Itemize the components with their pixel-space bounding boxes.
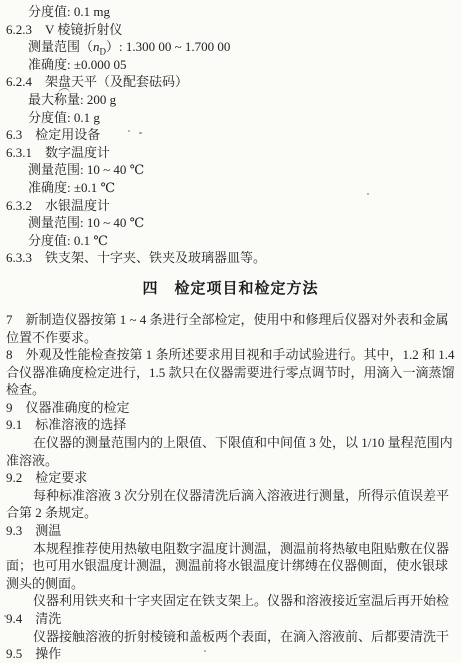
doc-clause-9-2: 9.2 检定要求 [6, 469, 455, 487]
doc-clause-6-3-3: 6.3.3 铁支架、十字夹、铁夹及玻璃器皿等。 [6, 249, 455, 267]
doc-clause-6-2-4: 6.2.4 架盘天平（及配套砝码） [6, 73, 455, 91]
doc-clause-9-1: 9.1 标准溶液的选择 [6, 416, 455, 434]
doc-para-9-3-line2: 面；也可用水银温度计测温，测温前将水银温度计绑缚在仪器侧面，使水银球触及仪器 [6, 557, 455, 575]
doc-para-9-3-line1: 本规程推荐使用热敏电阻数字温度计测温，测温前将热敏电阻贴敷在仪器测头的侧 [6, 540, 455, 558]
doc-clause-9-5: 9.5 操作 [6, 645, 455, 663]
doc-para-9-1-line1: 在仪器的测量范围内的上限值、下限值和中间值 3 处，以 1/10 量程范围内选择… [6, 434, 455, 452]
doc-line-range-digital-thermometer: 测量范围: 10 ~ 40 ℃ [6, 161, 455, 179]
doc-line-accuracy-digital-thermometer: 准确度: ±0.1 ℃ [6, 179, 455, 197]
doc-para-7-line2: 位置不作要求。 [6, 329, 455, 347]
scanned-document-page: 分度值: 0.1 mg 6.2.3 V 棱镜折射仪 测量范围（nD）: 1.30… [0, 0, 462, 663]
doc-line-accuracy: 准确度: ±0.000 05 [6, 56, 455, 74]
doc-para-9-4-line1: 仪器接触溶液的折射棱镜和盖板两个表面，在滴入溶液前、后都要清洗干净。 [6, 628, 455, 646]
doc-para-9-2-line2: 合第 2 条规定。 [6, 504, 455, 522]
doc-clause-6-3: 6.3 检定用设备 [6, 126, 455, 144]
doc-line-measuring-range-nd: 测量范围（nD）: 1.300 00 ~ 1.700 00 [6, 38, 455, 56]
section-heading: 四 检定项目和检定方法 [6, 280, 455, 298]
doc-line-division-value-g: 分度值: 0.1 g [6, 109, 455, 127]
doc-clause-9-3: 9.3 测温 [6, 522, 455, 540]
doc-line-division-mercury-thermometer: 分度值: 0.1 ℃ [6, 232, 455, 250]
doc-para-8-line3: 检查。 [6, 381, 455, 399]
doc-clause-6-2-3: 6.2.3 V 棱镜折射仪 [6, 21, 455, 39]
measuring-range-prefix: 测量范围（ [28, 39, 93, 54]
measuring-range-value: ）: 1.300 00 ~ 1.700 00 [106, 39, 230, 54]
doc-para-9-3-line3: 测头的侧面。 [6, 575, 455, 593]
doc-clause-6-3-2: 6.3.2 水银温度计 [6, 197, 455, 215]
doc-line-range-mercury-thermometer: 测量范围: 10 ~ 40 ℃ [6, 214, 455, 232]
doc-clause-9: 9 仪器准确度的检定 [6, 399, 455, 417]
doc-para-8-line2: 合仪器准确度检定进行，1.5 款只在仪器需要进行零点调节时，用滴入一滴蒸馏水进行 [6, 364, 455, 382]
doc-clause-9-4: 9.4 清洗 [6, 610, 455, 628]
doc-para-7-line1: 7 新制造仪器按第 1 ~ 4 条进行全部检定，使用中和修理后仪器对外表和金属盖… [6, 311, 455, 329]
doc-para-9-1-line2: 准溶液。 [6, 452, 455, 470]
doc-line-max-weighing: 最大称量: 200 g [6, 91, 455, 109]
doc-para-9-2-line1: 每种标准溶液 3 次分别在仪器清洗后滴入溶液进行测量，所得示值误差平均值应符 [6, 487, 455, 505]
doc-para-8-line1: 8 外观及性能检查按第 1 条所述要求用目视和手动试验进行。其中，1.2 和 1… [6, 346, 455, 364]
doc-para-9-3-line4: 仪器利用铁夹和十字夹固定在铁支架上。仪器和溶液接近室温后再开始检定。 [6, 592, 455, 610]
doc-line-division-value-mg: 分度值: 0.1 mg [6, 3, 455, 21]
doc-clause-6-3-1: 6.3.1 数字温度计 [6, 144, 455, 162]
